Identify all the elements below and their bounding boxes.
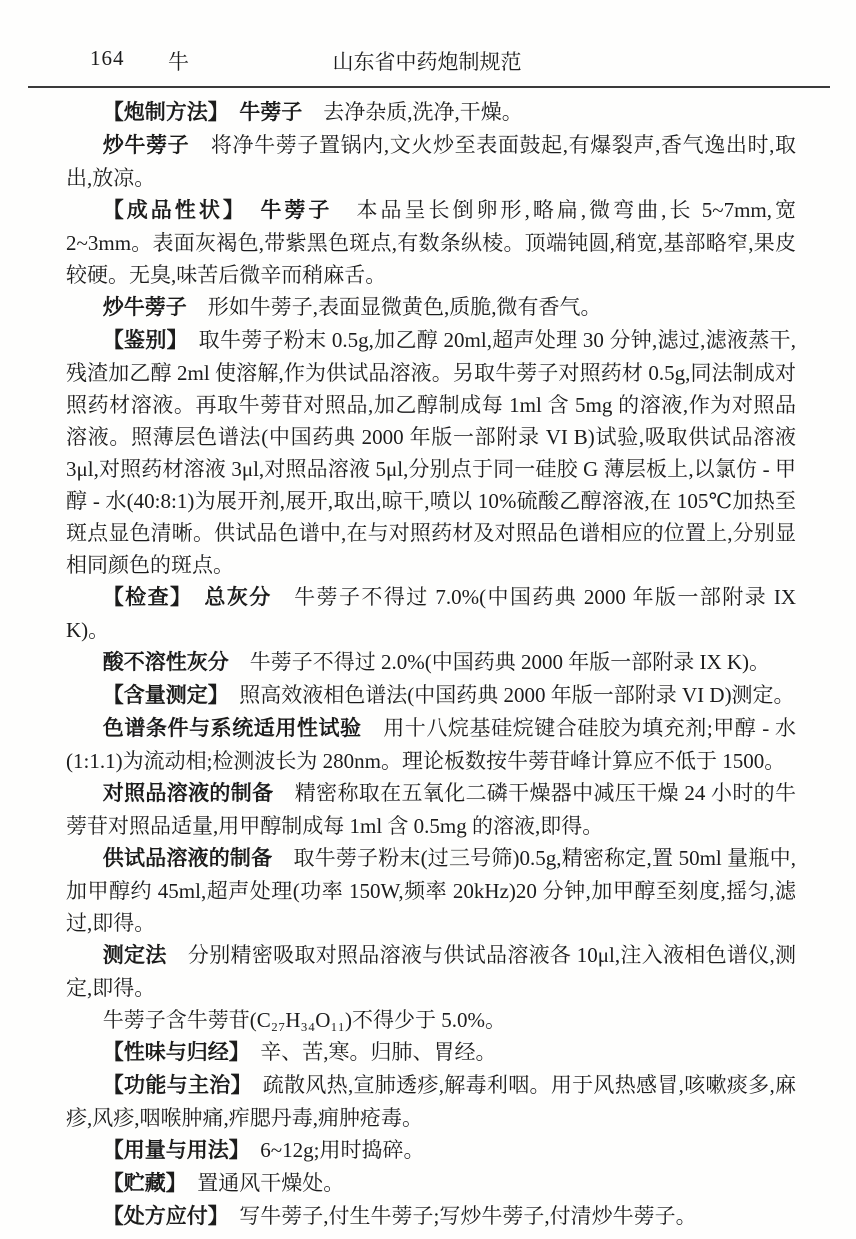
section-heading-run: 【成品性状】 xyxy=(103,199,237,222)
section-heading-run: 炒牛蒡子 xyxy=(103,296,187,319)
paragraph: 【鉴别】 取牛蒡子粉末 0.5g,加乙醇 20ml,超声处理 30 分钟,滤过,… xyxy=(66,324,796,581)
section-heading-run: 【功能与主治】 xyxy=(103,1074,242,1097)
paragraph: 对照品溶液的制备 精密称取在五氧化二磷干燥器中减压干燥 24 小时的牛蒡苷对照品… xyxy=(66,777,796,842)
section-heading-run: 【用量与用法】 xyxy=(103,1139,240,1162)
section-heading-run: 牛蒡子 xyxy=(218,101,302,124)
paragraph: 【含量测定】 照高效液相色谱法(中国药典 2000 年版一部附录 VI D)测定… xyxy=(66,679,796,712)
section-heading-run: 【检查】 xyxy=(103,586,182,609)
paragraph: 【处方应付】 写牛蒡子,付生牛蒡子;写炒牛蒡子,付清炒牛蒡子。 xyxy=(66,1200,796,1233)
paragraph: 【检查】 总灰分 牛蒡子不得过 7.0%(中国药典 2000 年版一部附录 IX… xyxy=(66,581,796,646)
paragraph: 【功能与主治】 疏散风热,宣肺透疹,解毒利咽。用于风热感冒,咳嗽痰多,麻疹,风疹… xyxy=(66,1069,796,1134)
section-heading-run: 【处方应付】 xyxy=(103,1205,219,1228)
text-run: 照高效液相色谱法(中国药典 2000 年版一部附录 VI D)测定。 xyxy=(218,683,794,707)
paragraph: 【性味与归经】 辛、苦,寒。归肺、胃经。 xyxy=(66,1036,796,1069)
page-header: 164 牛 山东省中药炮制规范 xyxy=(28,46,826,76)
section-heading-run: 供试品溶液的制备 xyxy=(103,847,273,870)
text-run: 牛蒡子含牛蒡苷(C₂₇H₃₄O₁₁)不得少于 5.0%。 xyxy=(103,1008,506,1032)
paragraph: 牛蒡子含牛蒡苷(C₂₇H₃₄O₁₁)不得少于 5.0%。 xyxy=(66,1004,796,1036)
paragraph: 测定法 分别精密吸取对照品溶液与供试品溶液各 10μl,注入液相色谱仪,测定,即… xyxy=(66,939,796,1004)
text-run: 6~12g;用时捣碎。 xyxy=(239,1138,424,1162)
header-rule xyxy=(28,86,830,88)
paragraph: 炒牛蒡子 将净牛蒡子置锅内,文火炒至表面鼓起,有爆裂声,香气逸出时,取出,放凉。 xyxy=(66,129,796,194)
section-heading-run: 对照品溶液的制备 xyxy=(103,782,274,805)
document-page: 164 牛 山东省中药炮制规范 【炮制方法】 牛蒡子 去净杂质,洗净,干燥。炒牛… xyxy=(0,0,856,1239)
section-heading-run: 【含量测定】 xyxy=(103,684,219,707)
book-title: 山东省中药炮制规范 xyxy=(28,46,826,76)
section-heading-run: 色谱条件与系统适用性试验 xyxy=(103,717,362,740)
paragraph: 酸不溶性灰分 牛蒡子不得过 2.0%(中国药典 2000 年版一部附录 IX K… xyxy=(66,646,796,679)
paragraph: 【贮藏】 置通风干燥处。 xyxy=(66,1167,796,1200)
section-heading-run: 【贮藏】 xyxy=(103,1172,177,1195)
text-run: 写牛蒡子,付生牛蒡子;写炒牛蒡子,付清炒牛蒡子。 xyxy=(218,1204,696,1228)
text-run: 置通风干燥处。 xyxy=(176,1171,344,1195)
paragraph: 【炮制方法】 牛蒡子 去净杂质,洗净,干燥。 xyxy=(66,96,796,129)
section-heading-run: 酸不溶性灰分 xyxy=(103,651,229,674)
paragraph: 供试品溶液的制备 取牛蒡子粉末(过三号筛)0.5g,精密称定,置 50ml 量瓶… xyxy=(66,842,796,939)
section-heading-run: 【鉴别】 xyxy=(103,329,178,352)
section-heading-run: 牛蒡子 xyxy=(236,199,332,222)
paragraph: 【用量与用法】 6~12g;用时捣碎。 xyxy=(66,1134,796,1167)
text-run: 去净杂质,洗净,干燥。 xyxy=(302,100,523,124)
paragraph: 【成品性状】 牛蒡子 本品呈长倒卵形,略扁,微弯曲,长 5~7mm,宽 2~3m… xyxy=(66,194,796,291)
section-heading-run: 炒牛蒡子 xyxy=(103,134,190,157)
text-run: 取牛蒡子粉末 0.5g,加乙醇 20ml,超声处理 30 分钟,滤过,滤液蒸干,… xyxy=(66,328,796,577)
section-heading-run: 总灰分 xyxy=(182,586,272,609)
text-run: 形如牛蒡子,表面显微黄色,质脆,微有香气。 xyxy=(187,295,602,319)
document-body: 【炮制方法】 牛蒡子 去净杂质,洗净,干燥。炒牛蒡子 将净牛蒡子置锅内,文火炒至… xyxy=(66,96,796,1233)
text-run: 牛蒡子不得过 2.0%(中国药典 2000 年版一部附录 IX K)。 xyxy=(229,650,770,674)
paragraph: 色谱条件与系统适用性试验 用十八烷基硅烷键合硅胶为填充剂;甲醇 - 水(1:1.… xyxy=(66,712,796,777)
section-heading-run: 测定法 xyxy=(103,944,167,967)
section-heading-run: 【炮制方法】 xyxy=(103,101,219,124)
paragraph: 炒牛蒡子 形如牛蒡子,表面显微黄色,质脆,微有香气。 xyxy=(66,291,796,324)
section-heading-run: 【性味与归经】 xyxy=(103,1041,240,1064)
text-run: 分别精密吸取对照品溶液与供试品溶液各 10μl,注入液相色谱仪,测定,即得。 xyxy=(66,943,796,1000)
text-run: 辛、苦,寒。归肺、胃经。 xyxy=(239,1040,496,1064)
